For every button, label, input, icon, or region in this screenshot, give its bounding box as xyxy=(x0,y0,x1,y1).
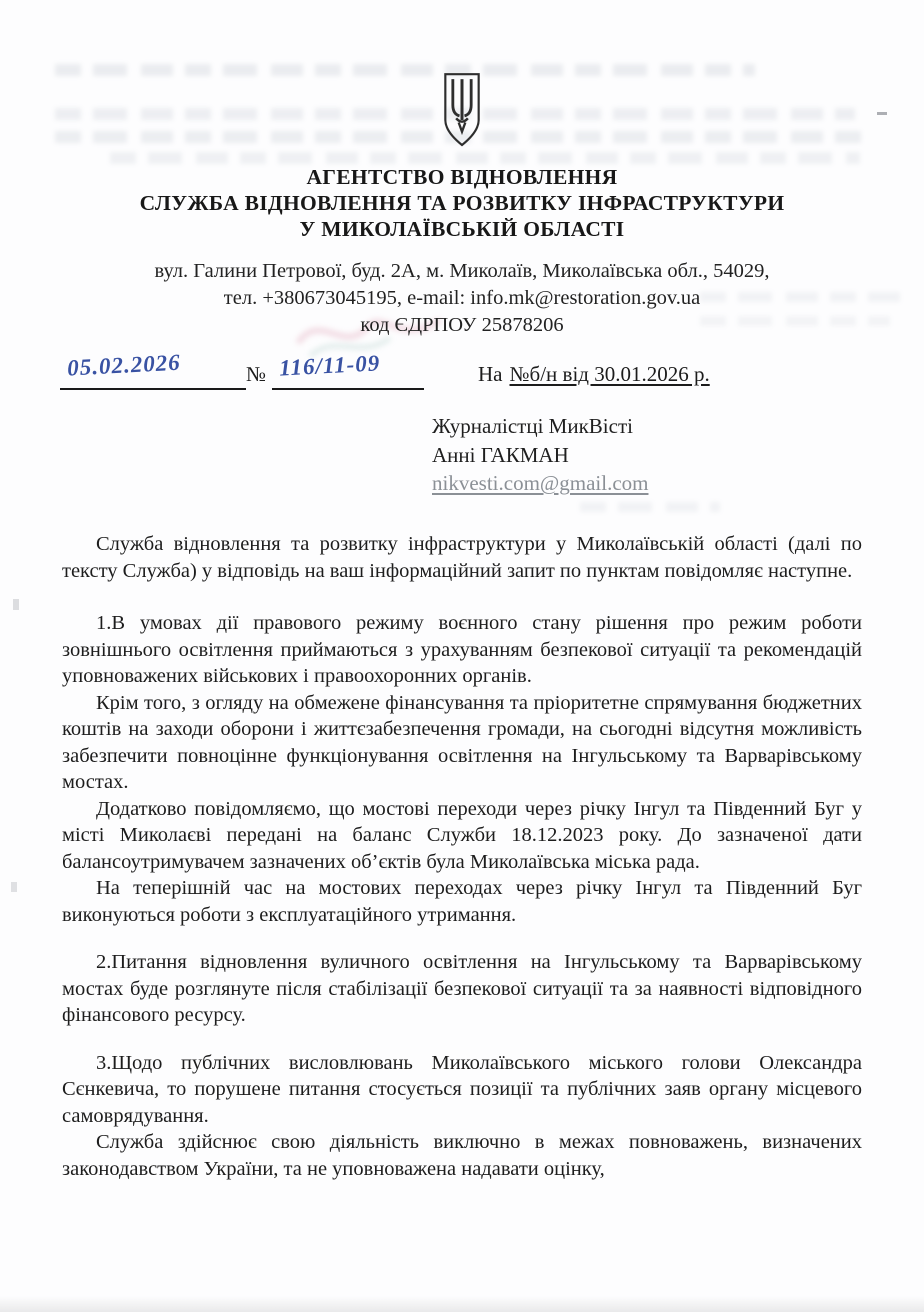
org-edrpou-code: код ЄДРПОУ 25878206 xyxy=(0,312,924,339)
paragraph-item1-cont: Крім того, з огляду на обмежене фінансув… xyxy=(62,690,862,796)
org-contact-block: вул. Галини Петрової, буд. 2А, м. Микола… xyxy=(0,258,924,339)
bleedthrough-line xyxy=(55,64,755,76)
number-sign: № xyxy=(246,362,266,387)
scan-mark xyxy=(877,112,887,115)
org-name-line1: АГЕНТСТВО ВІДНОВЛЕННЯ xyxy=(0,164,924,190)
recipient-email-link[interactable]: nikvesti.com@gmail.com xyxy=(432,469,648,498)
coat-of-arms xyxy=(437,62,487,158)
reply-number-date: №б/н від 30.01.2026 р. xyxy=(510,362,710,386)
handwritten-number: 116/11-09 xyxy=(270,342,423,382)
recipient-block: Журналістці МикВісті Анні ГАКМАН nikvest… xyxy=(432,412,648,498)
scan-mark xyxy=(11,882,17,892)
paragraph-item1-balance: Додатково повідомляємо, що мостові перех… xyxy=(62,796,862,876)
org-name-line3: У МИКОЛАЇВСЬКІЙ ОБЛАСТІ xyxy=(0,216,924,242)
scanned-letter-page: АГЕНТСТВО ВІДНОВЛЕННЯ СЛУЖБА ВІДНОВЛЕННЯ… xyxy=(0,0,924,1312)
paragraph-item3-cont: Служба здійснює свою діяльність виключно… xyxy=(62,1129,862,1182)
outgoing-number-field: 116/11-09 xyxy=(272,350,424,390)
recipient-title: Журналістці МикВісті xyxy=(432,412,648,441)
paragraph-item2: 2.Питання відновлення вуличного освітлен… xyxy=(62,949,862,1029)
handwritten-date: 05.02.2026 xyxy=(58,340,245,382)
paragraph-intro: Служба відновлення та розвитку інфрастру… xyxy=(62,531,862,584)
letter-body: Служба відновлення та розвитку інфрастру… xyxy=(62,531,862,1182)
reply-prefix: На xyxy=(478,362,503,386)
bleedthrough-line xyxy=(580,502,720,512)
recipient-name: Анні ГАКМАН xyxy=(432,441,648,470)
trident-icon xyxy=(437,62,487,158)
org-phone-email: тел. +380673045195, e-mail: info.mk@rest… xyxy=(0,285,924,312)
org-name-line2: СЛУЖБА ВІДНОВЛЕННЯ ТА РОЗВИТКУ ІНФРАСТРУ… xyxy=(0,190,924,216)
paragraph-item1: 1.В умовах дії правового режиму воєнного… xyxy=(62,610,862,690)
org-header: АГЕНТСТВО ВІДНОВЛЕННЯ СЛУЖБА ВІДНОВЛЕННЯ… xyxy=(0,164,924,242)
scan-mark xyxy=(13,599,19,610)
outgoing-date-field: 05.02.2026 xyxy=(60,350,246,390)
paragraph-item1-maintenance: На теперішній час на мостових переходах … xyxy=(62,875,862,928)
reply-reference: На№б/н від 30.01.2026 р. xyxy=(478,362,710,387)
paragraph-item3: 3.Щодо публічних висловлювань Миколаївсь… xyxy=(62,1050,862,1130)
org-address: вул. Галини Петрової, буд. 2А, м. Микола… xyxy=(0,258,924,285)
